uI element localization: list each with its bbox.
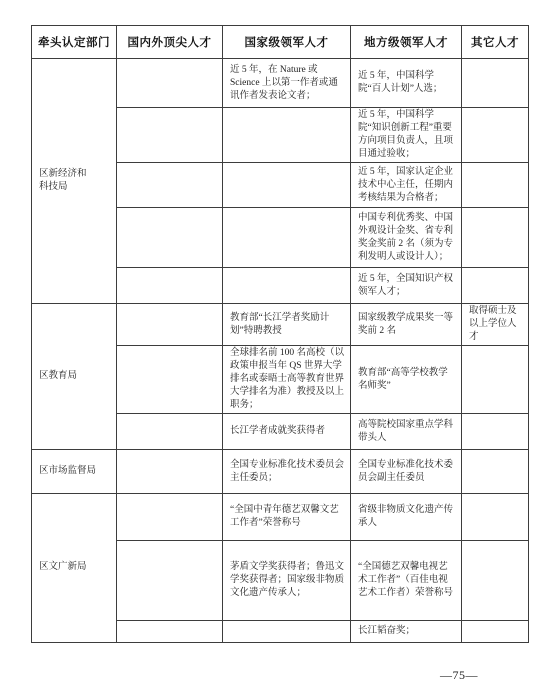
department-label: 区新经济和科技局	[39, 168, 92, 194]
top-talent-cell	[117, 414, 223, 450]
department-cell: 区市场监督局	[32, 450, 117, 494]
national-talent-cell	[223, 621, 351, 643]
national-talent-cell: 茅盾文学奖获得者；鲁迅文学奖获得者；国家级非物质文化遗产传承人；	[223, 541, 351, 621]
col-header-national-leading-talent: 国家级领军人才	[223, 26, 351, 59]
top-talent-cell	[117, 208, 223, 268]
local-talent-cell: 教育部“高等学校教学名师奖”	[351, 346, 462, 414]
local-talent-cell: 长江韬奋奖；	[351, 621, 462, 643]
top-talent-cell	[117, 494, 223, 541]
top-talent-cell	[117, 163, 223, 208]
national-talent-cell: 全国专业标准化技术委员会主任委员；	[223, 450, 351, 494]
other-talent-cell	[462, 108, 529, 163]
national-talent-cell: 教育部“长江学者奖励计划”特聘教授	[223, 304, 351, 346]
talent-classification-table: 牵头认定部门 国内外顶尖人才 国家级领军人才 地方级领军人才 其它人才 区新经济…	[31, 25, 529, 643]
national-talent-cell: 长江学者成就奖获得者	[223, 414, 351, 450]
local-talent-cell: 近 5 年，中国科学院“知识创新工程”重要方向项目负责人，且项目通过验收；	[351, 108, 462, 163]
col-header-local-leading-talent: 地方级领军人才	[351, 26, 462, 59]
local-talent-cell: 近 5 年，中国科学院“百人计划”人选；	[351, 59, 462, 108]
department-cell: 区文广新局	[32, 494, 117, 643]
document-page: 牵头认定部门 国内外顶尖人才 国家级领军人才 地方级领军人才 其它人才 区新经济…	[0, 0, 554, 695]
other-talent-cell: 取得硕士及以上学位人才	[462, 304, 529, 346]
local-talent-cell: 省级非物质文化遗产传承人	[351, 494, 462, 541]
top-talent-cell	[117, 304, 223, 346]
other-talent-cell	[462, 541, 529, 621]
top-talent-cell	[117, 346, 223, 414]
other-talent-cell	[462, 621, 529, 643]
table-row: 区新经济和科技局 近 5 年，在 Nature 或 Science 上以第一作者…	[32, 59, 529, 108]
local-talent-cell: 国家级教学成果奖一等奖前 2 名	[351, 304, 462, 346]
other-talent-cell	[462, 163, 529, 208]
top-talent-cell	[117, 450, 223, 494]
other-talent-cell	[462, 346, 529, 414]
local-talent-cell: 近 5 年，全国知识产权领军人才；	[351, 268, 462, 304]
header-row: 牵头认定部门 国内外顶尖人才 国家级领军人才 地方级领军人才 其它人才	[32, 26, 529, 59]
local-talent-cell: 全国专业标准化技术委员会副主任委员	[351, 450, 462, 494]
national-talent-cell	[223, 208, 351, 268]
national-talent-cell: 近 5 年，在 Nature 或 Science 上以第一作者或通讯作者发表论文…	[223, 59, 351, 108]
col-header-other-talent: 其它人才	[462, 26, 529, 59]
other-talent-cell	[462, 59, 529, 108]
other-talent-cell	[462, 450, 529, 494]
table-row: 区文广新局 “全国中青年德艺双馨文艺工作者”荣誉称号 省级非物质文化遗产传承人	[32, 494, 529, 541]
local-talent-cell: 高等院校国家重点学科带头人	[351, 414, 462, 450]
department-label: 区教育局	[39, 370, 77, 383]
table-row: 区市场监督局 全国专业标准化技术委员会主任委员； 全国专业标准化技术委员会副主任…	[32, 450, 529, 494]
local-talent-cell: 近 5 年，国家认定企业技术中心主任，任期内考核结果为合格者；	[351, 163, 462, 208]
national-talent-cell: “全国中青年德艺双馨文艺工作者”荣誉称号	[223, 494, 351, 541]
top-talent-cell	[117, 268, 223, 304]
top-talent-cell	[117, 59, 223, 108]
other-talent-cell	[462, 268, 529, 304]
department-cell: 区新经济和科技局	[32, 59, 117, 304]
national-talent-cell	[223, 268, 351, 304]
top-talent-cell	[117, 541, 223, 621]
national-talent-cell: 全球排名前 100 名高校（以政策申报当年 QS 世界大学排名或泰晤士高等教育世…	[223, 346, 351, 414]
department-label: 区文广新局	[39, 561, 87, 574]
national-talent-cell	[223, 108, 351, 163]
national-talent-cell	[223, 163, 351, 208]
col-header-lead-department: 牵头认定部门	[32, 26, 117, 59]
local-talent-cell: 中国专利优秀奖、中国外观设计金奖、省专利奖金奖前 2 名（须为专利发明人或设计人…	[351, 208, 462, 268]
top-talent-cell	[117, 108, 223, 163]
other-talent-cell	[462, 414, 529, 450]
table-row: 区教育局 教育部“长江学者奖励计划”特聘教授 国家级教学成果奖一等奖前 2 名 …	[32, 304, 529, 346]
department-cell: 区教育局	[32, 304, 117, 450]
page-number: —75—	[440, 668, 478, 683]
local-talent-cell: “全国德艺双馨电视艺术工作者”（百佳电视艺术工作者）荣誉称号	[351, 541, 462, 621]
department-label: 区市场监督局	[39, 465, 96, 478]
top-talent-cell	[117, 621, 223, 643]
other-talent-cell	[462, 208, 529, 268]
col-header-top-talent: 国内外顶尖人才	[117, 26, 223, 59]
other-talent-cell	[462, 494, 529, 541]
